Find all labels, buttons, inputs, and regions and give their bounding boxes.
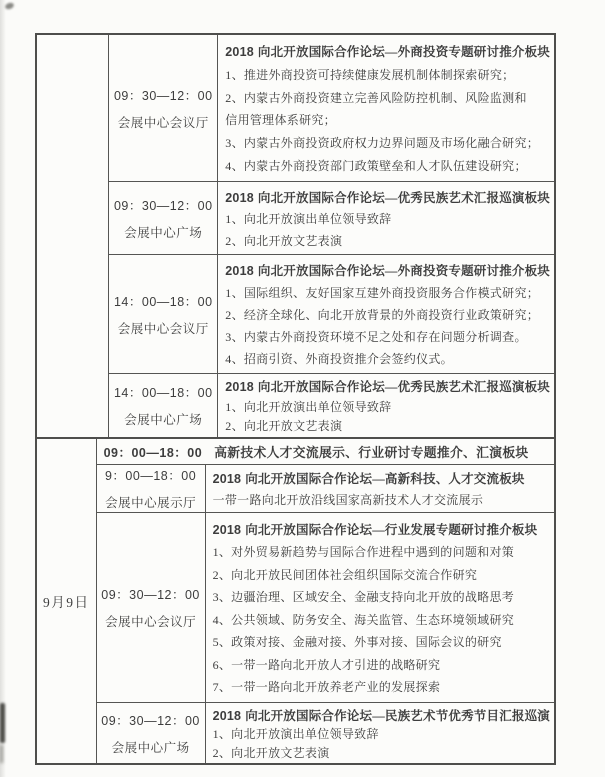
event-title-text: 向北开放国际合作论坛—优秀民族艺术汇报巡演板块 <box>258 380 550 394</box>
agenda-item: 5、政策对接、金融对接、外事对接、国际会议的研究 <box>213 633 550 650</box>
event-title-text: 向北开放国际合作论坛—优秀民族艺术汇报巡演板块 <box>258 191 550 205</box>
time-range: 09：30—12：00 <box>101 711 200 729</box>
event-title: 2018向北开放国际合作论坛—优秀民族艺术汇报巡演板块 <box>225 188 550 206</box>
agenda-item: 4、招商引资、外商投资推介会签约仪式。 <box>225 350 550 367</box>
agenda-item: 1、对外贸易新趋势与国际合作进程中遇到的问题和对策 <box>213 543 550 560</box>
time-venue-cell: 09：30—12：00 会展中心广场 <box>97 703 206 763</box>
agenda-item: 2、经济全球化、向北开放背景的外商投资行业政策研究； <box>225 306 550 323</box>
time-range: 09：30—12：00 <box>114 196 213 214</box>
date-cell-upper <box>37 35 109 437</box>
table-row: 09：30—12：00 会展中心广场 2018向北开放国际合作论坛—民族艺术节优… <box>97 703 554 763</box>
event-content-cell: 2018向北开放国际合作论坛—民族艺术节优秀节目汇报巡演 1、向北开放演出单位领… <box>206 703 554 763</box>
event-year: 2018 <box>213 523 242 537</box>
section-body-upper: 09：30—12：00 会展中心会议厅 2018向北开放国际合作论坛—外商投资专… <box>109 35 554 437</box>
event-title: 2018向北开放国际合作论坛—外商投资专题研讨推介板块 <box>225 261 550 279</box>
table-row: 14：00—18：00 会展中心广场 2018向北开放国际合作论坛—优秀民族艺术… <box>109 374 554 437</box>
agenda-item: 1、国际组织、友好国家互建外商投资服务合作模式研究； <box>225 284 550 301</box>
agenda-item-continuation: 信用管理体系研究； <box>225 111 550 128</box>
event-title-text: 向北开放国际合作论坛—行业发展专题研讨推介板块 <box>245 523 537 537</box>
event-content-cell: 2018向北开放国际合作论坛—外商投资专题研讨推介板块 1、国际组织、友好国家互… <box>218 255 554 373</box>
event-title-text: 向北开放国际合作论坛—高新科技、人才交流板块 <box>245 472 524 486</box>
agenda-item: 4、内蒙古外商投资部门政策壁垒和人才队伍建设研究； <box>225 157 550 174</box>
agenda-item: 2、向北开放民间团体社会组织国际交流合作研究 <box>213 566 550 583</box>
event-content-cell: 2018向北开放国际合作论坛—高新科技、人才交流板块 一带一路向北开放沿线国家高… <box>206 465 554 512</box>
event-year: 2018 <box>225 45 254 59</box>
agenda-item: 2、向北开放文艺表演 <box>213 744 550 761</box>
agenda-item: 1、向北开放演出单位领导致辞 <box>225 210 550 227</box>
event-year: 2018 <box>213 472 242 486</box>
event-schedule-table: 09：30—12：00 会展中心会议厅 2018向北开放国际合作论坛—外商投资专… <box>35 33 556 765</box>
schedule-section-sep9: 9月9日 09：00—18：00 高新技术人才交流展示、行业研讨专题推介、汇演板… <box>37 439 554 763</box>
time-venue-cell: 09：30—12：00 会展中心会议厅 <box>97 513 206 702</box>
agenda-item: 3、内蒙古外商投资政府权力边界问题及市场化融合研究； <box>225 134 550 151</box>
agenda-item: 1、推进外商投资可持续健康发展机制体制探索研究； <box>225 66 550 83</box>
agenda-item: 2、向北开放文艺表演 <box>225 232 550 249</box>
event-year: 2018 <box>225 380 254 394</box>
date-cell-sep9: 9月9日 <box>37 439 97 763</box>
venue-label: 会展中心广场 <box>112 738 190 756</box>
table-row: 09：30—12：00 会展中心广场 2018向北开放国际合作论坛—优秀民族艺术… <box>109 182 554 255</box>
venue-label: 会展中心会议厅 <box>105 612 196 630</box>
time-venue-cell: 09：30—12：00 会展中心广场 <box>109 182 218 254</box>
banner-time-range: 09：00—18：00 <box>104 443 203 461</box>
event-title: 2018向北开放国际合作论坛—高新科技、人才交流板块 <box>213 469 550 487</box>
time-venue-cell: 9：00—18：00 会展中心展示厅 <box>97 465 206 512</box>
scanned-schedule-page: 09：30—12：00 会展中心会议厅 2018向北开放国际合作论坛—外商投资专… <box>0 0 605 777</box>
banner-label: 高新技术人才交流展示、行业研讨专题推介、汇演板块 <box>214 442 528 461</box>
table-row: 9：00—18：00 会展中心展示厅 2018向北开放国际合作论坛—高新科技、人… <box>97 465 554 513</box>
event-content-cell: 2018向北开放国际合作论坛—优秀民族艺术汇报巡演板块 1、向北开放演出单位领导… <box>218 374 554 437</box>
venue-label: 会展中心广场 <box>124 410 202 428</box>
event-title: 2018向北开放国际合作论坛—行业发展专题研讨推介板块 <box>213 520 550 538</box>
section-banner-row: 09：00—18：00 高新技术人才交流展示、行业研讨专题推介、汇演板块 <box>97 439 554 465</box>
event-year: 2018 <box>213 709 242 723</box>
table-row: 09：30—12：00 会展中心会议厅 2018向北开放国际合作论坛—外商投资专… <box>109 35 554 182</box>
venue-label: 会展中心会议厅 <box>118 319 209 337</box>
agenda-item: 3、边疆治理、区域安全、金融支持向北开放的战略思考 <box>213 588 550 605</box>
event-title: 2018向北开放国际合作论坛—民族艺术节优秀节目汇报巡演 <box>213 706 550 724</box>
time-range: 14：00—18：00 <box>114 292 213 310</box>
event-year: 2018 <box>225 191 254 205</box>
venue-label: 会展中心广场 <box>124 223 202 241</box>
table-row: 14：00—18：00 会展中心会议厅 2018向北开放国际合作论坛—外商投资专… <box>109 255 554 374</box>
scan-streak-artifact <box>0 703 5 743</box>
agenda-item: 3、内蒙古外商投资环境不足之处和存在问题分析调查。 <box>225 328 550 345</box>
event-content-cell: 2018向北开放国际合作论坛—行业发展专题研讨推介板块 1、对外贸易新趋势与国际… <box>206 513 554 702</box>
agenda-item: 2、向北开放文艺表演 <box>225 417 550 434</box>
event-year: 2018 <box>225 264 254 278</box>
event-title: 2018向北开放国际合作论坛—优秀民族艺术汇报巡演板块 <box>225 377 550 395</box>
time-range: 09：30—12：00 <box>114 86 213 104</box>
agenda-item: 7、一带一路向北开放养老产业的发展探索 <box>213 678 550 695</box>
agenda-item: 2、内蒙古外商投资建立完善风险防控机制、风险监测和 <box>225 89 550 106</box>
schedule-section-upper: 09：30—12：00 会展中心会议厅 2018向北开放国际合作论坛—外商投资专… <box>37 35 554 439</box>
section-body-sep9: 09：00—18：00 高新技术人才交流展示、行业研讨专题推介、汇演板块 9：0… <box>97 439 554 763</box>
venue-label: 会展中心会议厅 <box>118 113 209 131</box>
agenda-item: 1、向北开放演出单位领导致辞 <box>213 725 550 742</box>
time-venue-cell: 09：30—12：00 会展中心会议厅 <box>109 35 218 181</box>
time-range: 09：30—12：00 <box>101 585 200 603</box>
scan-edge-shade <box>0 0 6 777</box>
event-content-cell: 2018向北开放国际合作论坛—外商投资专题研讨推介板块 1、推进外商投资可持续健… <box>218 35 554 181</box>
agenda-item: 1、向北开放演出单位领导致辞 <box>225 398 550 415</box>
scan-streak-artifact-2 <box>0 745 3 763</box>
agenda-item: 6、一带一路向北开放人才引进的战略研究 <box>213 656 550 673</box>
event-content-cell: 2018向北开放国际合作论坛—优秀民族艺术汇报巡演板块 1、向北开放演出单位领导… <box>218 182 554 254</box>
venue-label: 会展中心展示厅 <box>105 493 196 511</box>
agenda-item: 4、公共领域、防务安全、海关监管、生态环境领域研究 <box>213 611 550 628</box>
event-title-text: 向北开放国际合作论坛—民族艺术节优秀节目汇报巡演 <box>245 709 550 723</box>
agenda-item: 一带一路向北开放沿线国家高新技术人才交流展示 <box>213 491 550 508</box>
time-range: 9：00—18：00 <box>105 466 196 484</box>
time-venue-cell: 14：00—18：00 会展中心广场 <box>109 374 218 437</box>
time-venue-cell: 14：00—18：00 会展中心会议厅 <box>109 255 218 373</box>
event-title-text: 向北开放国际合作论坛—外商投资专题研讨推介板块 <box>258 45 550 59</box>
event-title: 2018向北开放国际合作论坛—外商投资专题研讨推介板块 <box>225 42 550 60</box>
event-title-text: 向北开放国际合作论坛—外商投资专题研讨推介板块 <box>258 264 550 278</box>
table-row: 09：30—12：00 会展中心会议厅 2018向北开放国际合作论坛—行业发展专… <box>97 513 554 703</box>
time-range: 14：00—18：00 <box>114 383 213 401</box>
